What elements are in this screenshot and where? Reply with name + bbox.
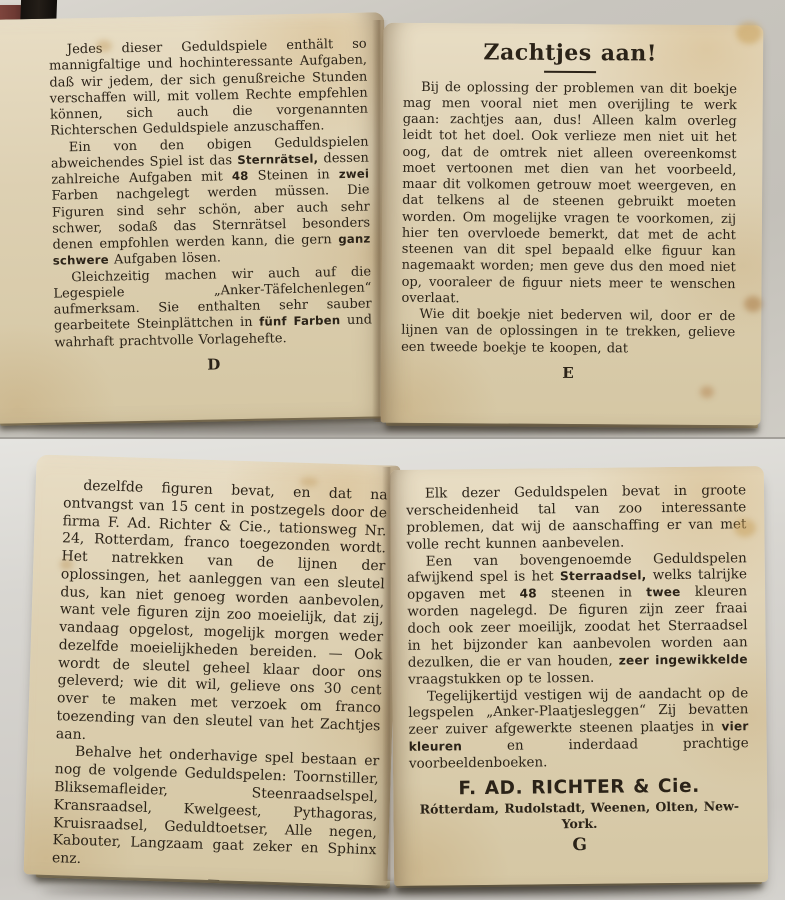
page-letter-d: D <box>55 352 373 377</box>
page-g-text: Elk dezer Geduldspelen bevat in groote v… <box>406 482 749 772</box>
paragraph: Bij de oplossing der problemen van dit b… <box>401 79 737 309</box>
paragraph: Wie dit boekje niet bederven wil, door e… <box>401 307 735 358</box>
booklet-shadow-top <box>30 424 754 434</box>
age-spot <box>300 477 318 487</box>
paragraph: Elk dezer Geduldspelen bevat in groote v… <box>406 482 747 553</box>
richter-company-name: F. AD. RICHTER & Cie. <box>409 774 749 801</box>
page-e-text: Bij de oplossing der problemen van dit b… <box>401 79 737 358</box>
paragraph: Gleichzeitig machen wir auch auf die Leg… <box>53 264 373 351</box>
age-spot <box>736 22 762 44</box>
age-spot <box>700 386 714 398</box>
gutter-fold-top <box>372 20 388 422</box>
photo-top-spread: Jedes dieser Geduldspiele enthält so man… <box>0 0 785 437</box>
page-d-text: Jedes dieser Geduldspiele enthält so man… <box>49 37 373 352</box>
age-spot <box>744 296 762 312</box>
page-letter-e: E <box>401 363 735 384</box>
age-spot <box>60 559 73 570</box>
zachtjes-aan-title: Zachtjes aan! <box>403 39 737 69</box>
paragraph: Tegelijkertijd vestigen wij de aandacht … <box>408 685 749 773</box>
booklet-shadow-bottom <box>40 885 756 896</box>
gutter-fold-bottom <box>382 467 398 881</box>
page-f: dezelfde figuren bevat, en dat na ontvan… <box>23 454 400 885</box>
page-f-text: dezelfde figuren bevat, en dat na ontvan… <box>52 477 388 878</box>
page-e: Zachtjes aan! Bij de oplossing der probl… <box>381 23 764 426</box>
paragraph: Een van bovengenoemde Geduldspelen afwij… <box>407 550 748 689</box>
photo-bottom-spread: dezelfde figuren bevat, en dat na ontvan… <box>0 437 785 900</box>
page-g: Elk dezer Geduldspelen bevat in groote v… <box>390 466 768 886</box>
richter-company-cities: Rótterdam, Rudolstadt, Weenen, Olten, Ne… <box>409 798 749 833</box>
paragraph: Jedes dieser Geduldspiele enthält so man… <box>49 37 369 141</box>
title-underline-rule <box>544 70 596 72</box>
age-spot <box>96 40 112 52</box>
paragraph: Ein von den obigen Geduldspielen abweich… <box>50 134 370 270</box>
page-letter-g: G <box>410 833 750 858</box>
paragraph: dezelfde figuren bevat, en dat na ontvan… <box>56 477 388 754</box>
page-d: Jedes dieser Geduldspiele enthält so man… <box>0 12 392 424</box>
age-spot <box>734 519 756 537</box>
paragraph: Behalve het onderhavige spel bestaan er … <box>52 744 380 878</box>
